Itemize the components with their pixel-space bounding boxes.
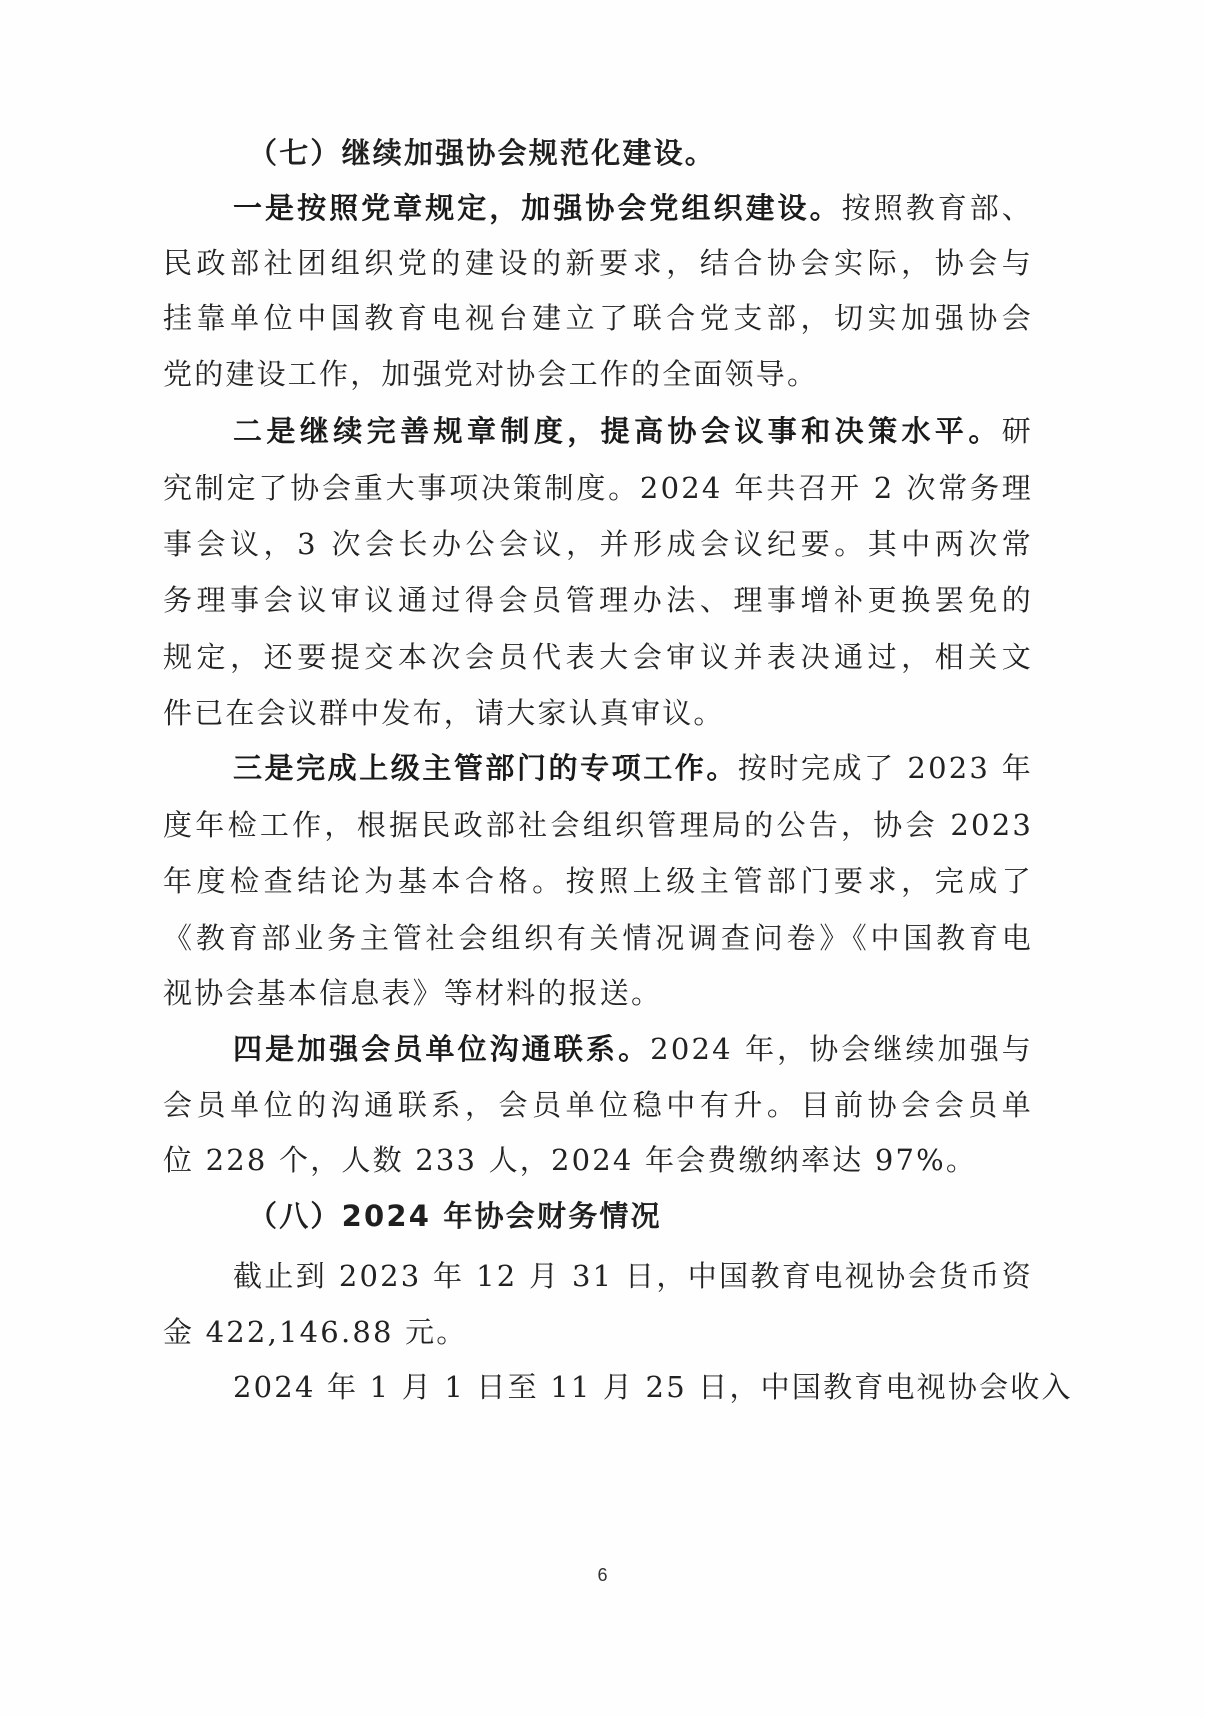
paragraph-text: 务理事会议审议通过得会员管理办法、理事增补更换罢免的 bbox=[163, 583, 1033, 617]
paragraph-text: 2024 年 1 月 1 日至 11 月 25 日，中国教育电视协会收入 bbox=[233, 1370, 1073, 1404]
paragraph-line: 年度检查结论为基本合格。按照上级主管部门要求，完成了 bbox=[163, 861, 1033, 901]
paragraph-text: 截止到 2023 年 12 月 31 日，中国教育电视协会货币资 bbox=[233, 1259, 1033, 1293]
paragraph-text: 年度检查结论为基本合格。按照上级主管部门要求，完成了 bbox=[163, 864, 1033, 898]
section-heading-text: （八）2024 年协会财务情况 bbox=[248, 1199, 662, 1233]
paragraph-line: 四是加强会员单位沟通联系。2024 年，协会继续加强与 bbox=[233, 1029, 1033, 1069]
paragraph-line: 务理事会议审议通过得会员管理办法、理事增补更换罢免的 bbox=[163, 580, 1033, 620]
bold-lead-sentence: 三是完成上级主管部门的专项工作。 bbox=[233, 751, 738, 785]
paragraph-line: 事会议，3 次会长办公会议，并形成会议纪要。其中两次常 bbox=[163, 524, 1033, 564]
page-number: 6 bbox=[0, 1565, 1205, 1586]
section-heading-7: （七）继续加强协会规范化建设。 bbox=[248, 133, 1033, 173]
paragraph-text: 按照教育部、 bbox=[842, 191, 1033, 225]
document-page: （七）继续加强协会规范化建设。 一是按照党章规定，加强协会党组织建设。按照教育部… bbox=[0, 0, 1205, 1718]
paragraph-text: 事会议，3 次会长办公会议，并形成会议纪要。其中两次常 bbox=[163, 527, 1033, 561]
paragraph-line: 民政部社团组织党的建设的新要求，结合协会实际，协会与 bbox=[163, 243, 1033, 283]
paragraph-text: 件已在会议群中发布，请大家认真审议。 bbox=[163, 696, 725, 730]
paragraph-line: 规定，还要提交本次会员代表大会审议并表决通过，相关文 bbox=[163, 637, 1033, 677]
paragraph-line: 挂靠单位中国教育电视台建立了联合党支部，切实加强协会 bbox=[163, 298, 1033, 338]
paragraph-text: 规定，还要提交本次会员代表大会审议并表决通过，相关文 bbox=[163, 640, 1033, 674]
paragraph-line: 位 228 个，人数 233 人，2024 年会费缴纳率达 97%。 bbox=[163, 1140, 1033, 1180]
paragraph-text: 党的建设工作，加强党对协会工作的全面领导。 bbox=[163, 357, 818, 391]
paragraph-line: 二是继续完善规章制度，提高协会议事和决策水平。研 bbox=[233, 411, 1033, 451]
paragraph-text: 位 228 个，人数 233 人，2024 年会费缴纳率达 97%。 bbox=[163, 1143, 977, 1177]
paragraph-line: 究制定了协会重大事项决策制度。2024 年共召开 2 次常务理 bbox=[163, 468, 1033, 508]
paragraph-text: 按时完成了 2023 年 bbox=[738, 751, 1033, 785]
paragraph-text: 2024 年，协会继续加强与 bbox=[650, 1032, 1033, 1066]
paragraph-text: 《教育部业务主管社会组织有关情况调查问卷》《中国教育电 bbox=[163, 921, 1033, 955]
paragraph-line: 《教育部业务主管社会组织有关情况调查问卷》《中国教育电 bbox=[163, 918, 1033, 958]
paragraph-line: 一是按照党章规定，加强协会党组织建设。按照教育部、 bbox=[233, 188, 1033, 228]
paragraph-line: 视协会基本信息表》等材料的报送。 bbox=[163, 973, 1033, 1013]
paragraph-line: 党的建设工作，加强党对协会工作的全面领导。 bbox=[163, 354, 1033, 394]
section-heading-8: （八）2024 年协会财务情况 bbox=[248, 1196, 1033, 1236]
paragraph-text: 会员单位的沟通联系，会员单位稳中有升。目前协会会员单 bbox=[163, 1088, 1033, 1122]
bold-lead-sentence: 四是加强会员单位沟通联系。 bbox=[233, 1032, 650, 1066]
paragraph-text: 究制定了协会重大事项决策制度。2024 年共召开 2 次常务理 bbox=[163, 471, 1033, 505]
paragraph-line: 金 422,146.88 元。 bbox=[163, 1312, 1033, 1352]
paragraph-line: 截止到 2023 年 12 月 31 日，中国教育电视协会货币资 bbox=[233, 1256, 1033, 1296]
paragraph-line: 2024 年 1 月 1 日至 11 月 25 日，中国教育电视协会收入 bbox=[233, 1367, 1033, 1407]
bold-lead-sentence: 二是继续完善规章制度，提高协会议事和决策水平。 bbox=[233, 414, 1002, 448]
paragraph-line: 三是完成上级主管部门的专项工作。按时完成了 2023 年 bbox=[233, 748, 1033, 788]
paragraph-text: 挂靠单位中国教育电视台建立了联合党支部，切实加强协会 bbox=[163, 301, 1033, 335]
section-heading-text: （七）继续加强协会规范化建设。 bbox=[248, 136, 716, 170]
paragraph-text: 研 bbox=[1002, 414, 1033, 448]
paragraph-text: 民政部社团组织党的建设的新要求，结合协会实际，协会与 bbox=[163, 246, 1033, 280]
paragraph-text: 视协会基本信息表》等材料的报送。 bbox=[163, 976, 662, 1010]
paragraph-line: 件已在会议群中发布，请大家认真审议。 bbox=[163, 693, 1033, 733]
paragraph-text: 金 422,146.88 元。 bbox=[163, 1315, 467, 1349]
bold-lead-sentence: 一是按照党章规定，加强协会党组织建设。 bbox=[233, 191, 842, 225]
paragraph-text: 度年检工作，根据民政部社会组织管理局的公告，协会 2023 bbox=[163, 808, 1033, 842]
paragraph-line: 度年检工作，根据民政部社会组织管理局的公告，协会 2023 bbox=[163, 805, 1033, 845]
paragraph-line: 会员单位的沟通联系，会员单位稳中有升。目前协会会员单 bbox=[163, 1085, 1033, 1125]
